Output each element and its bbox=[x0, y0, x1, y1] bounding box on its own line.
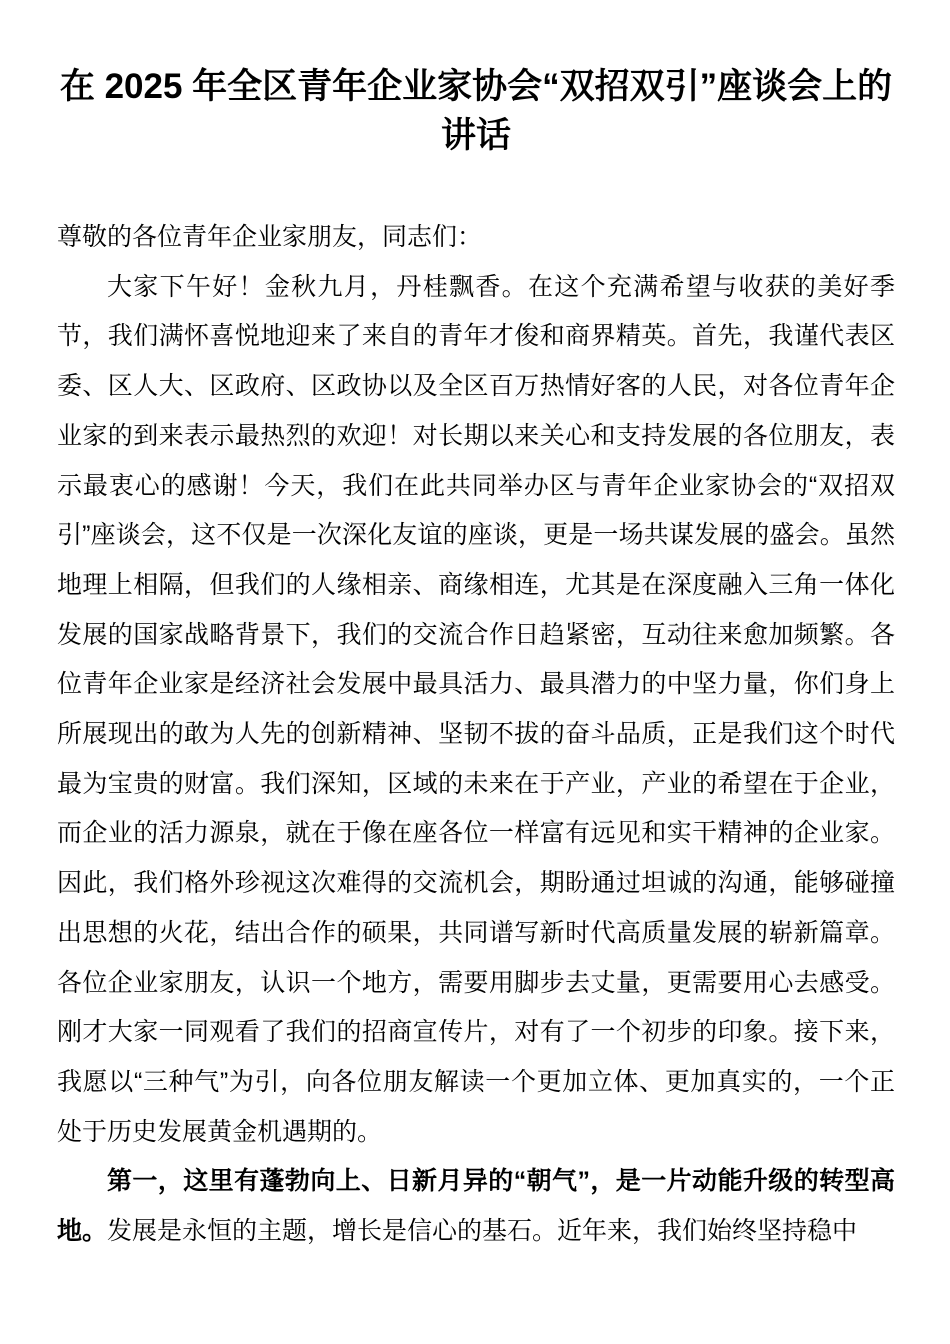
paragraph-first-point: 第一，这里有蓬勃向上、日新月异的“朝气”，是一片动能升级的转型高地。发展是永恒的… bbox=[57, 1157, 895, 1256]
salutation-line: 尊敬的各位青年企业家朋友，同志们： bbox=[57, 213, 895, 263]
document-body: 尊敬的各位青年企业家朋友，同志们： 大家下午好！金秋九月，丹桂飘香。在这个充满希… bbox=[57, 213, 895, 1257]
paragraph-first-point-rest: 发展是永恒的主题，增长是信心的基石。近年来，我们始终坚持稳中 bbox=[107, 1217, 857, 1245]
document-title: 在 2025 年全区青年企业家协会“双招双引”座谈会上的讲话 bbox=[57, 62, 895, 160]
paragraph-opening: 大家下午好！金秋九月，丹桂飘香。在这个充满希望与收获的美好季节，我们满怀喜悦地迎… bbox=[57, 263, 895, 1158]
document-page: 在 2025 年全区青年企业家协会“双招双引”座谈会上的讲话 尊敬的各位青年企业… bbox=[0, 0, 950, 1344]
